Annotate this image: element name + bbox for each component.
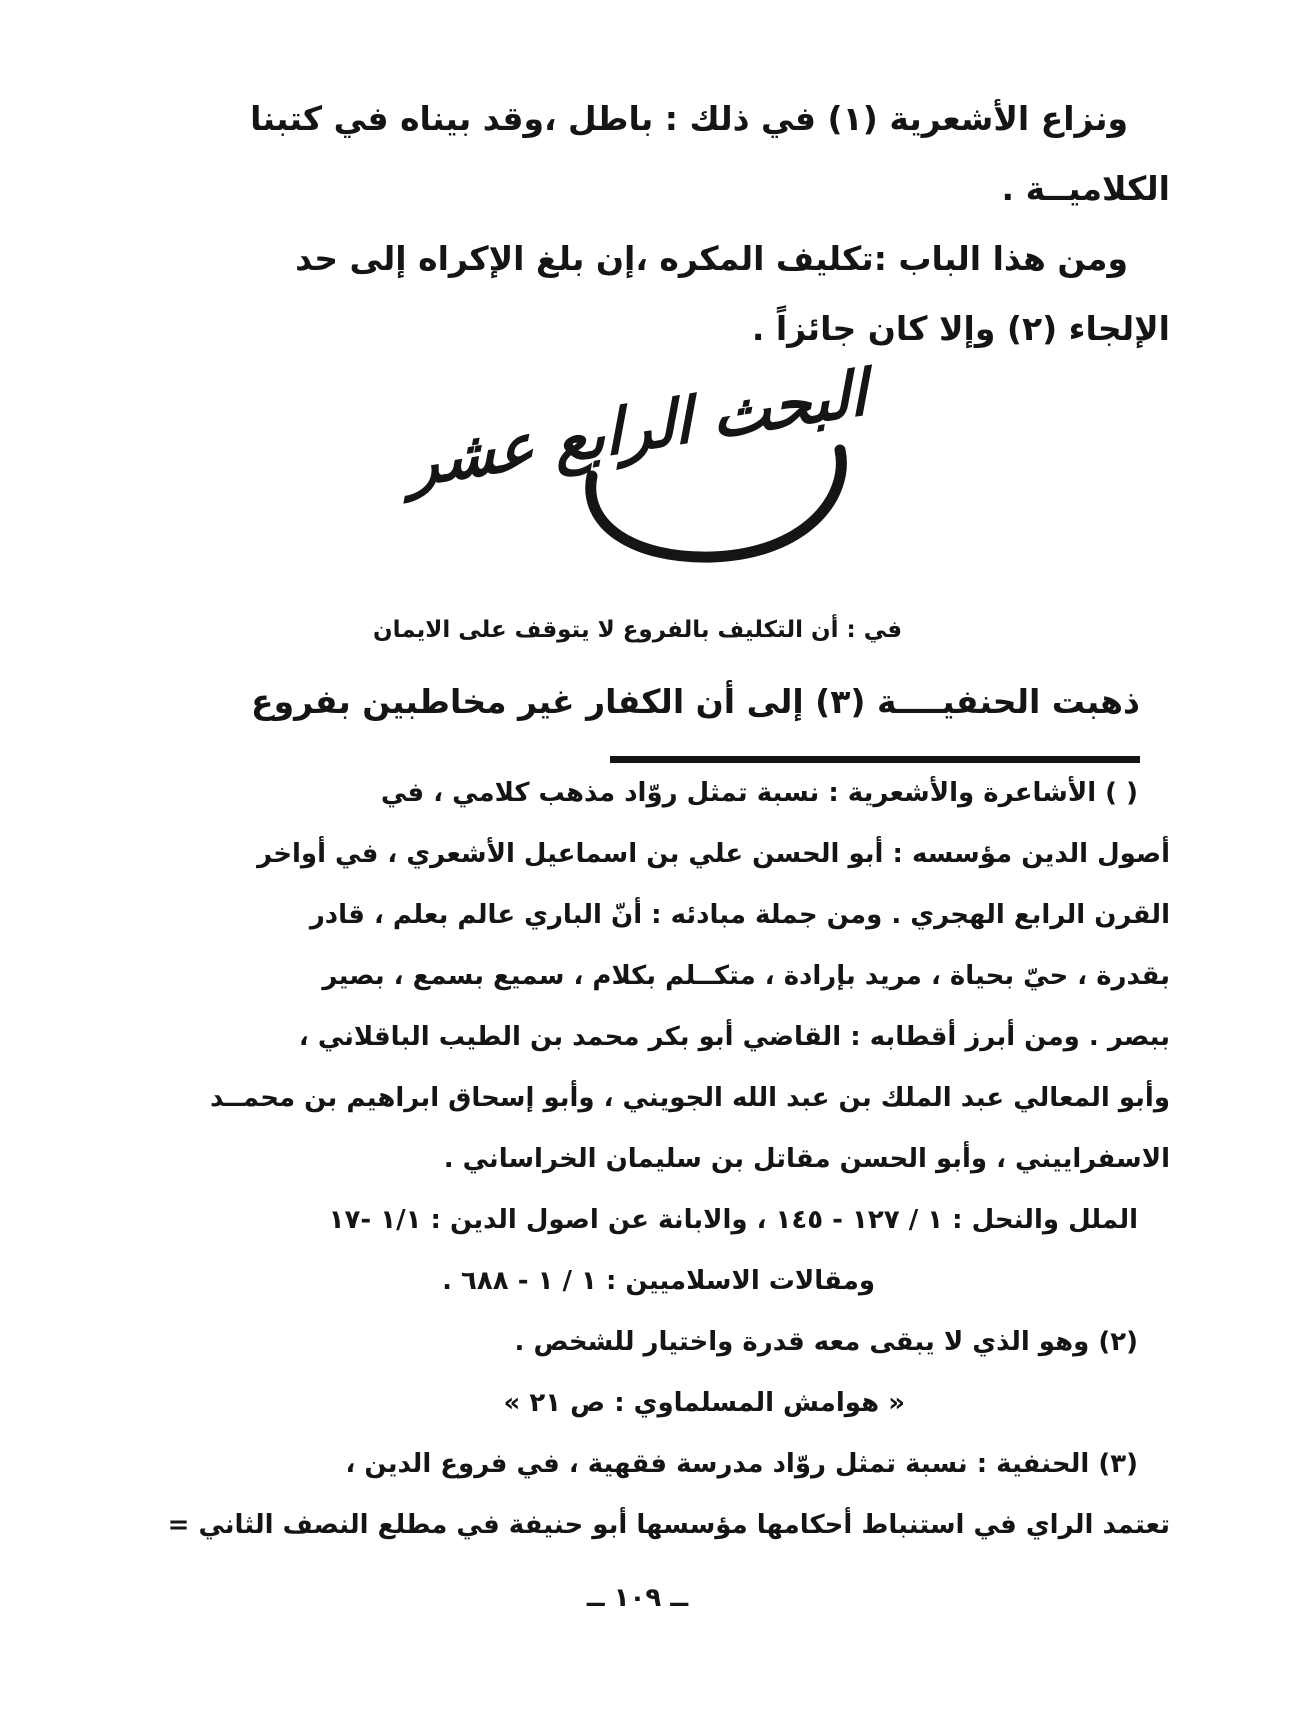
footnote-line: تعتمد الراي في استنباط أحكامها مؤسسها أب… xyxy=(105,1495,1170,1556)
footnote-reference-line: ومقالات الاسلاميين : ١ / ١ - ٦٨٨ . xyxy=(105,1251,1170,1312)
footnote-line: (٣) الحنفية : نسبة تمثل روّاد مدرسة فقهي… xyxy=(105,1434,1170,1495)
page-number: ــ ١٠٩ ــ xyxy=(105,1570,1170,1626)
chapter-subtitle: في : أن التكليف بالفروع لا يتوقف على الا… xyxy=(105,612,1170,648)
body-text-line: ونزاع الأشعرية (١) في ذلك : باطل ،وقد بي… xyxy=(105,84,1170,154)
chapter-heading: البحث الرابع عشر xyxy=(105,374,1170,564)
page-content: ونزاع الأشعرية (١) في ذلك : باطل ،وقد بي… xyxy=(105,84,1170,1626)
footnote-line: ببصر . ومن أبرز أقطابه : القاضي أبو بكر … xyxy=(105,1007,1170,1068)
footnote-reference-line: الملل والنحل : ١ / ١٢٧ - ١٤٥ ، والابانة … xyxy=(105,1190,1170,1251)
body-text-line: ومن هذا الباب :تكليف المكره ،إن بلغ الإك… xyxy=(105,224,1170,294)
chapter-heading-text: البحث الرابع عشر xyxy=(407,356,868,502)
footnote-line: بقدرة ، حيّ بحياة ، مريد بإرادة ، متكــل… xyxy=(105,946,1170,1007)
footnote-line: ( ) الأشاعرة والأشعرية : نسبة تمثل روّاد… xyxy=(105,763,1170,824)
body-text-line: الكلاميــة . xyxy=(105,154,1170,224)
footnote-line: الاسفراييني ، وأبو الحسن مقاتل بن سليمان… xyxy=(105,1129,1170,1190)
footnote-source-quote: « هوامش المسلماوي : ص ٢١ » xyxy=(105,1373,1170,1434)
footnote-separator xyxy=(610,756,1140,763)
footnote-line: القرن الرابع الهجري . ومن جملة مبادئه : … xyxy=(105,885,1170,946)
book-page: ونزاع الأشعرية (١) في ذلك : باطل ،وقد بي… xyxy=(0,0,1296,1731)
footnote-line: وأبو المعالي عبد الملك بن عبد الله الجوي… xyxy=(105,1068,1170,1129)
section-opening-line: ذهبت الحنفيــــة (٣) إلى أن الكفار غير م… xyxy=(105,670,1170,734)
footnote-line: (٢) وهو الذي لا يبقى معه قدرة واختيار لل… xyxy=(105,1312,1170,1373)
body-text-line: الإلجاء (٢) وإلا كان جائزاً . xyxy=(105,294,1170,364)
footnote-line: أصول الدين مؤسسه : أبو الحسن علي بن اسما… xyxy=(105,824,1170,885)
